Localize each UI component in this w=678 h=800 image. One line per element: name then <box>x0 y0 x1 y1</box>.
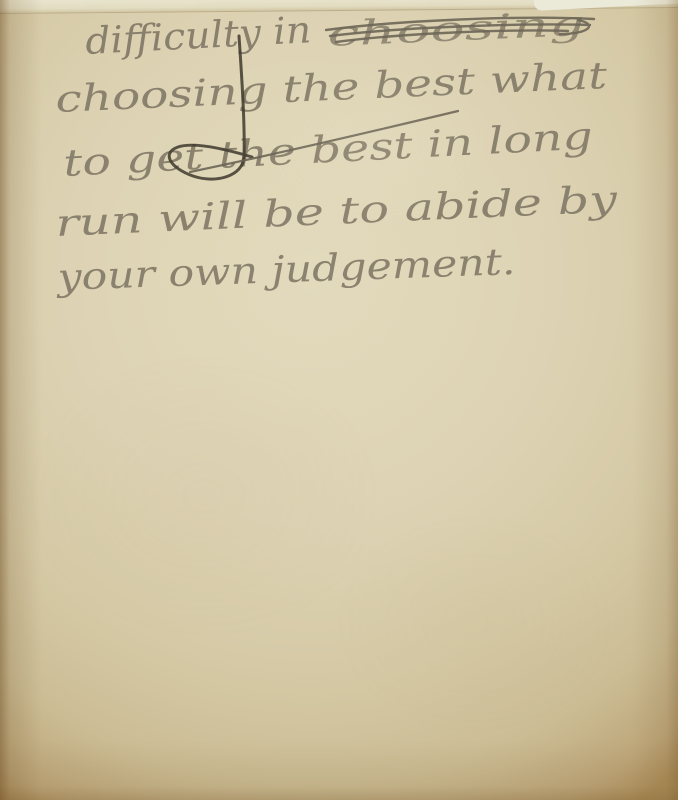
handwritten-line-5: your own judgement. <box>55 240 517 299</box>
handwritten-line-4: run will be to abide by <box>55 177 620 245</box>
handwriting-layer: difficulty in choosing choosing the best… <box>0 0 678 800</box>
handwritten-line-3: to get the best in long <box>62 114 594 185</box>
notebook-page-photo: difficulty in choosing choosing the best… <box>0 0 678 800</box>
handwritten-line-2: choosing the best what <box>55 54 609 121</box>
handwritten-line-1: difficulty in <box>84 8 312 63</box>
